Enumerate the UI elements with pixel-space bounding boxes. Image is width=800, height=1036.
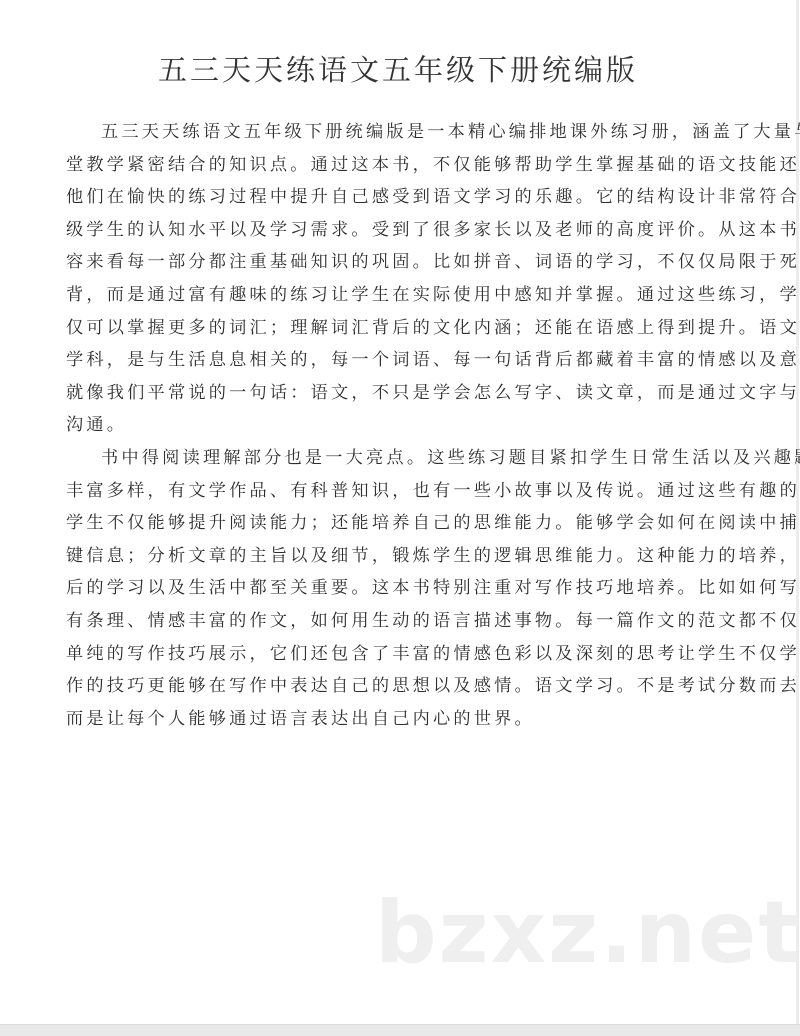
watermark-text: bzxz.net [375,888,800,978]
paragraph-2: 书中得阅读理解部分也是一大亮点。这些练习题目紧扣学生日常生活以及兴趣题材 丰富多… [66,442,722,735]
document-body: 五三天天练语文五年级下册统编版是一本精心编排地课外练习册，涵盖了大量与课 堂教学… [66,116,722,735]
text-line: 背，而是通过富有趣味的练习让学生在实际使用中感知并掌握。通过这些练习，学生不 [66,279,722,312]
text-line: 学生不仅能够提升阅读能力；还能培养自己的思维能力。能够学会如何在阅读中捕捉关 [66,507,722,540]
document-page: 五三天天练语文五年级下册统编版 五三天天练语文五年级下册统编版是一本精心编排地课… [0,0,799,1024]
text-line: 有条理、情感丰富的作文，如何用生动的语言描述事物。每一篇作文的范文都不仅仅是 [66,605,722,638]
text-line: 而是让每个人能够通过语言表达出自己内心的世界。 [66,703,722,736]
text-line: 级学生的认知水平以及学习需求。受到了很多家长以及老师的高度评价。从这本书得内 [66,214,722,247]
text-line: 单纯的写作技巧展示，它们还包含了丰富的情感色彩以及深刻的思考让学生不仅学会写 [66,638,722,671]
paragraph-1: 五三天天练语文五年级下册统编版是一本精心编排地课外练习册，涵盖了大量与课 堂教学… [66,116,722,442]
text-line: 沟通。 [66,409,722,442]
text-line: 作的技巧更能够在写作中表达自己的思想以及感情。语文学习。不是考试分数而去做题。 [66,670,722,703]
text-line: 容来看每一部分都注重基础知识的巩固。比如拼音、词语的学习，不仅仅局限于死记硬 [66,246,722,279]
text-line: 他们在愉快的练习过程中提升自己感受到语文学习的乐趣。它的结构设计非常符合五年 [66,181,722,214]
text-line: 键信息；分析文章的主旨以及细节，锻炼学生的逻辑思维能力。这种能力的培养，在今 [66,540,722,573]
page-bottom-edge [0,1024,800,1036]
text-line: 堂教学紧密结合的知识点。通过这本书，不仅能够帮助学生掌握基础的语文技能还能让 [66,149,722,182]
text-line: 五三天天练语文五年级下册统编版是一本精心编排地课外练习册，涵盖了大量与课 [66,116,722,149]
text-line: 书中得阅读理解部分也是一大亮点。这些练习题目紧扣学生日常生活以及兴趣题材 [66,442,722,475]
text-line: 后的学习以及生活中都至关重要。这本书特别注重对写作技巧地培养。比如如何写一篇 [66,572,722,605]
text-line: 丰富多样，有文学作品、有科普知识，也有一些小故事以及传说。通过这些有趣的文章， [66,475,722,508]
document-title: 五三天天练语文五年级下册统编版 [0,52,796,88]
text-line: 仅可以掌握更多的词汇；理解词汇背后的文化内涵；还能在语感上得到提升。语文这门 [66,312,722,345]
text-line: 就像我们平常说的一句话：语文，不只是学会怎么写字、读文章，而是通过文字与世界 [66,377,722,410]
text-line: 学科，是与生活息息相关的，每一个词语、每一句话背后都藏着丰富的情感以及意义。 [66,344,722,377]
